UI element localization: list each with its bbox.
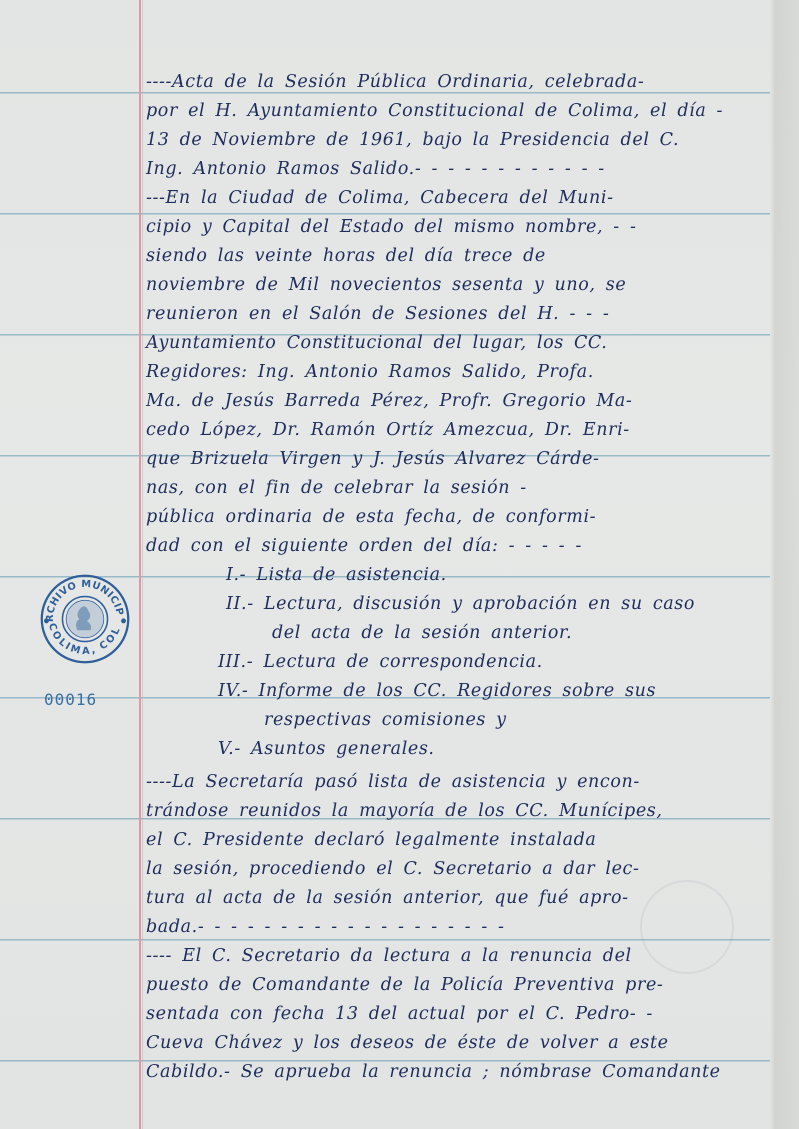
text-line: tura al acta de la sesión anterior, que … bbox=[146, 888, 629, 908]
agenda-item-4-continuation: respectivas comisiones y bbox=[264, 710, 507, 730]
text-line: bada.- - - - - - - - - - - - - - - - - -… bbox=[146, 917, 505, 937]
text-line: noviembre de Mil novecientos sesenta y u… bbox=[146, 275, 626, 295]
text-line: dad con el siguiente orden del día: - - … bbox=[146, 536, 582, 556]
text-line: cipio y Capital del Estado del mismo nom… bbox=[146, 217, 636, 237]
bleed-through-stamp bbox=[640, 880, 734, 974]
text-line: pública ordinaria de esta fecha, de conf… bbox=[146, 507, 596, 527]
agenda-item-3: III.- Lectura de correspondencia. bbox=[218, 652, 543, 672]
text-line: Ma. de Jesús Barreda Pérez, Profr. Grego… bbox=[146, 391, 632, 411]
agenda-text: Lista de asistencia. bbox=[256, 565, 446, 585]
ledger-page: ARCHIVO MUNICIPAL COLIMA, COL. 00016 ---… bbox=[0, 0, 799, 1129]
text-line: Cabildo.- Se aprueba la renuncia ; nómbr… bbox=[146, 1062, 721, 1082]
agenda-text: Asuntos generales. bbox=[251, 739, 435, 759]
agenda-item-5: V.- Asuntos generales. bbox=[218, 739, 435, 759]
text-line: 13 de Noviembre de 1961, bajo la Preside… bbox=[146, 130, 679, 150]
agenda-number: IV.- bbox=[218, 681, 248, 701]
folio-number: 00016 bbox=[44, 690, 97, 709]
text-line: Regidores: Ing. Antonio Ramos Salido, Pr… bbox=[146, 362, 594, 382]
agenda-number: III.- bbox=[218, 652, 253, 672]
text-line: el C. Presidente declaró legalmente inst… bbox=[146, 830, 596, 850]
text-line: reunieron en el Salón de Sesiones del H.… bbox=[146, 304, 609, 324]
text-line: sentada con fecha 13 del actual por el C… bbox=[146, 1004, 653, 1024]
agenda-item-2: II.- Lectura, discusión y aprobación en … bbox=[226, 594, 695, 614]
text-line: la sesión, procediendo el C. Secretario … bbox=[146, 859, 639, 879]
text-line: Ing. Antonio Ramos Salido.- - - - - - - … bbox=[146, 159, 605, 179]
red-margin-line-shadow bbox=[142, 0, 143, 1129]
text-line: que Brizuela Virgen y J. Jesús Alvarez C… bbox=[146, 449, 599, 469]
agenda-item-1: I.- Lista de asistencia. bbox=[226, 565, 447, 585]
text-line: trándose reunidos la mayoría de los CC. … bbox=[146, 801, 663, 821]
text-line: ----Acta de la Sesión Pública Ordinaria,… bbox=[146, 72, 644, 92]
agenda-item-2-continuation: del acta de la sesión anterior. bbox=[272, 623, 572, 643]
text-line: nas, con el fin de celebrar la sesión - bbox=[146, 478, 527, 498]
text-line: cedo López, Dr. Ramón Ortíz Amezcua, Dr.… bbox=[146, 420, 630, 440]
text-line: por el H. Ayuntamiento Constitucional de… bbox=[146, 101, 723, 121]
archive-seal-icon: ARCHIVO MUNICIPAL COLIMA, COL. bbox=[38, 572, 132, 666]
agenda-number: I.- bbox=[226, 565, 246, 585]
archive-stamp: ARCHIVO MUNICIPAL COLIMA, COL. bbox=[38, 572, 132, 666]
text-line: Cueva Chávez y los deseos de éste de vol… bbox=[146, 1033, 669, 1053]
text-line: siendo las veinte horas del día trece de bbox=[146, 246, 546, 266]
text-line: puesto de Comandante de la Policía Preve… bbox=[146, 975, 663, 995]
agenda-text: Informe de los CC. Regidores sobre sus bbox=[259, 681, 657, 701]
agenda-text: Lectura, discusión y aprobación en su ca… bbox=[264, 594, 695, 614]
agenda-number: II.- bbox=[226, 594, 254, 614]
text-line: Ayuntamiento Constitucional del lugar, l… bbox=[146, 333, 607, 353]
text-line: ----La Secretaría pasó lista de asistenc… bbox=[146, 772, 640, 792]
agenda-number: V.- bbox=[218, 739, 241, 759]
red-margin-line bbox=[139, 0, 141, 1129]
text-line: ---En la Ciudad de Colima, Cabecera del … bbox=[146, 188, 614, 208]
agenda-text: Lectura de correspondencia. bbox=[263, 652, 542, 672]
agenda-item-4: IV.- Informe de los CC. Regidores sobre … bbox=[218, 681, 656, 701]
text-line: ---- El C. Secretario da lectura a la re… bbox=[146, 946, 632, 966]
